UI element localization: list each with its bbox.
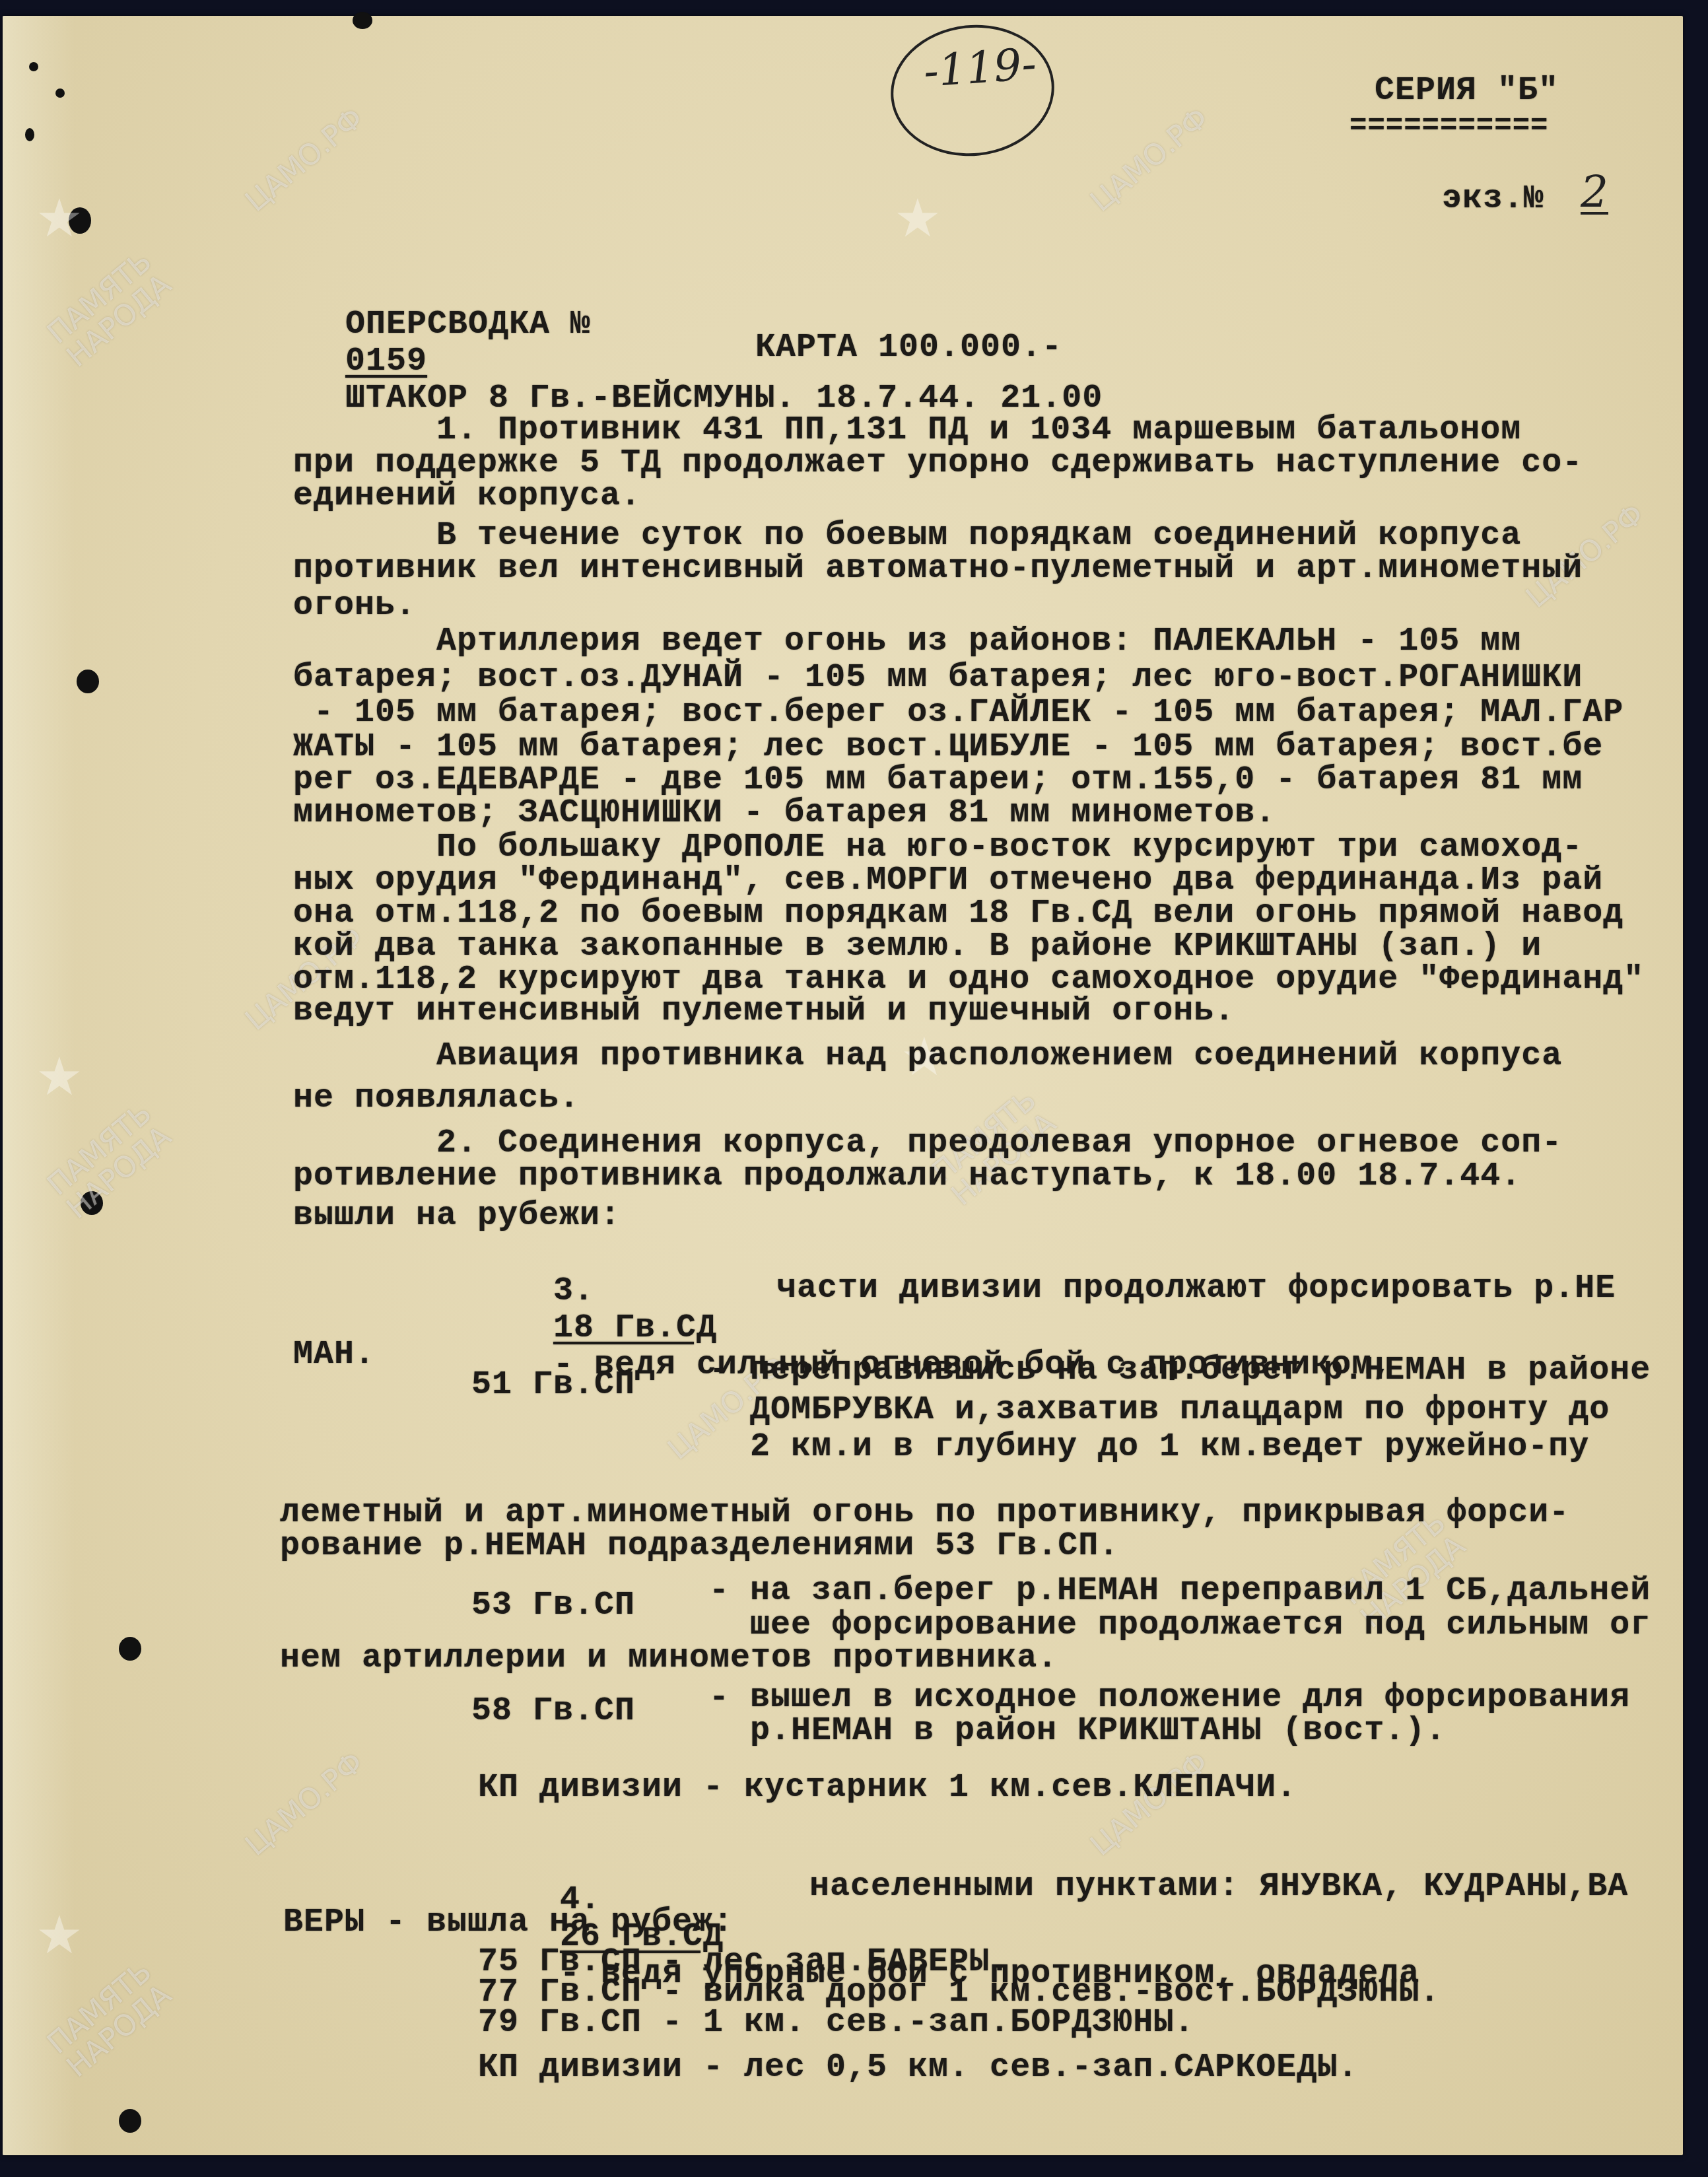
punch-hole [119, 2109, 141, 2133]
body-line: вышли на рубежи: [293, 1198, 621, 1235]
series-underline: =========== [1349, 108, 1548, 145]
series-label: СЕРИЯ "Б" [1375, 73, 1559, 110]
map-scale: КАРТА 100.000.- [755, 329, 1062, 366]
regiment-53-line: - на зап.берег р.НЕМАН переправил 1 СБ,д… [709, 1573, 1651, 1610]
regiment-51-line: 2 км.и в глубину до 1 км.ведет ружейно-п… [709, 1429, 1589, 1466]
sheet-number: -119- [922, 38, 1039, 97]
regiment-53-wrap: нем артиллерии и минометов противника. [280, 1640, 1058, 1677]
regiment-58-line: р.НЕМАН в район КРИКШТАНЫ (вост.). [709, 1713, 1446, 1750]
punch-hole [77, 670, 99, 693]
regiment-53-line: шее форсирование продолжается под сильны… [709, 1607, 1651, 1644]
body-line: огонь. [293, 588, 416, 625]
punch-hole [353, 12, 372, 29]
watermark-memory: ПАМЯТЬ НАРОДА [42, 246, 177, 373]
division-name: 18 Гв.СД [553, 1309, 717, 1347]
watermark-archive: ЦАМО.РФ [240, 103, 368, 218]
division-26-cp: КП дивизии - лес 0,5 км. сев.-зап.САРКОЕ… [478, 2050, 1358, 2087]
body-line: ных орудия "Фердинанд", сев.МОРГИ отмече… [293, 862, 1603, 899]
body-line: Авиация противника над расположением сое… [293, 1038, 1562, 1075]
body-line: она отм.118,2 по боевым порядкам 18 Гв.С… [293, 895, 1623, 932]
regiment-51-wrap: леметный и арт.минометный огонь по проти… [280, 1495, 1569, 1532]
watermark-star-icon: ★ [894, 188, 941, 249]
body-line: минометов; ЗАСЦЮНИШКИ - батарея 81 мм ми… [293, 795, 1276, 832]
body-line: единений корпуса. [293, 478, 641, 515]
body-line: кой два танка закопанные в землю. В райо… [293, 928, 1542, 965]
copy-label: экз.№ [1442, 181, 1544, 218]
watermark-archive: ЦАМО.РФ [1085, 103, 1213, 218]
body-line: батарея; вост.оз.ДУНАЙ - 105 мм батарея;… [293, 660, 1583, 697]
copy-number: 2 [1581, 166, 1680, 217]
watermark-memory: ПАМЯТЬ НАРОДА [42, 1098, 177, 1225]
body-line: не появлялась. [293, 1080, 580, 1117]
punch-hole [55, 88, 65, 98]
section-number: 3. [553, 1272, 594, 1310]
body-line: ротивление противника продолжали наступа… [293, 1158, 1521, 1195]
watermark-archive: ЦАМО.РФ [240, 1747, 368, 1862]
regiment-line: 79 Гв.СП - 1 км. сев.-зап.БОРДЗЮНЫ. [478, 2005, 1194, 2042]
body-line: В течение суток по боевым порядкам соеди… [293, 518, 1521, 555]
regiment-53-unit: 53 Гв.СП [471, 1587, 635, 1624]
watermark-star-icon: ★ [36, 1904, 83, 1966]
punch-hole [119, 1637, 141, 1661]
body-line: - 105 мм батарея; вост.берег оз.ГАЙЛЕК -… [293, 695, 1623, 732]
watermark-star-icon: ★ [36, 1046, 83, 1107]
regiment-51-unit: 51 Гв.СП [471, 1367, 635, 1404]
title-prefix: ОПЕРСВОДКА № [345, 306, 591, 343]
regiment-58-line: - вышел в исходное положение для форсиро… [709, 1680, 1630, 1717]
body-line: 2. Соединения корпуса, преодолевая упорн… [293, 1125, 1562, 1162]
regiment-58-unit: 58 Гв.СП [471, 1693, 635, 1730]
regiment-51-wrap: рование р.НЕМАН подразделениями 53 Гв.СП… [280, 1528, 1119, 1565]
body-line: По большаку ДРОПОЛЕ на юго-восток курсир… [293, 829, 1583, 866]
body-line: противник вел интенсивный автоматно-пуле… [293, 551, 1583, 588]
doc-number: 0159 [345, 343, 427, 380]
division-26-line: населенными пунктами: ЯНУВКА, КУДРАНЫ,ВА [769, 1869, 1628, 1906]
punch-hole [29, 62, 38, 71]
division-18-line: части дивизии продолжают форсировать р.Н… [735, 1270, 1616, 1307]
body-line: ЖАТЫ - 105 мм батарея; лес вост.ЦИБУЛЕ -… [293, 729, 1603, 766]
watermark-star-icon: ★ [36, 188, 83, 249]
body-line: рег оз.ЕДЕВАРДЕ - две 105 мм батареи; от… [293, 762, 1583, 799]
punch-hole [25, 128, 34, 141]
body-line: при поддержке 5 ТД продолжает упорно сде… [293, 445, 1583, 482]
watermark-memory: ПАМЯТЬ НАРОДА [42, 1956, 177, 2083]
division-18-cp: КП дивизии - кустарник 1 км.сев.КЛЕПАЧИ. [478, 1770, 1297, 1807]
division-18-wrap: МАН. [293, 1336, 375, 1373]
document-page: ЦАМО.РФ ЦАМО.РФ ЦАМО.РФ ЦАМО.РФ ЦАМО.РФ … [3, 16, 1683, 2155]
regiment-51-line: ДОМБРУВКА и,захватив плацдарм по фронту … [709, 1392, 1610, 1429]
division-26-wrap: ВЕРЫ - вышла на рубеж: [283, 1904, 734, 1941]
regiment-51-line: - переправившись на зап.берег р.НЕМАН в … [709, 1352, 1651, 1389]
body-line: 1. Противник 431 ПП,131 ПД и 1034 маршев… [293, 412, 1521, 449]
body-line: Артиллерия ведет огонь из районов: ПАЛЕК… [293, 623, 1521, 660]
body-line: ведут интенсивный пулеметный и пушечный … [293, 993, 1235, 1030]
